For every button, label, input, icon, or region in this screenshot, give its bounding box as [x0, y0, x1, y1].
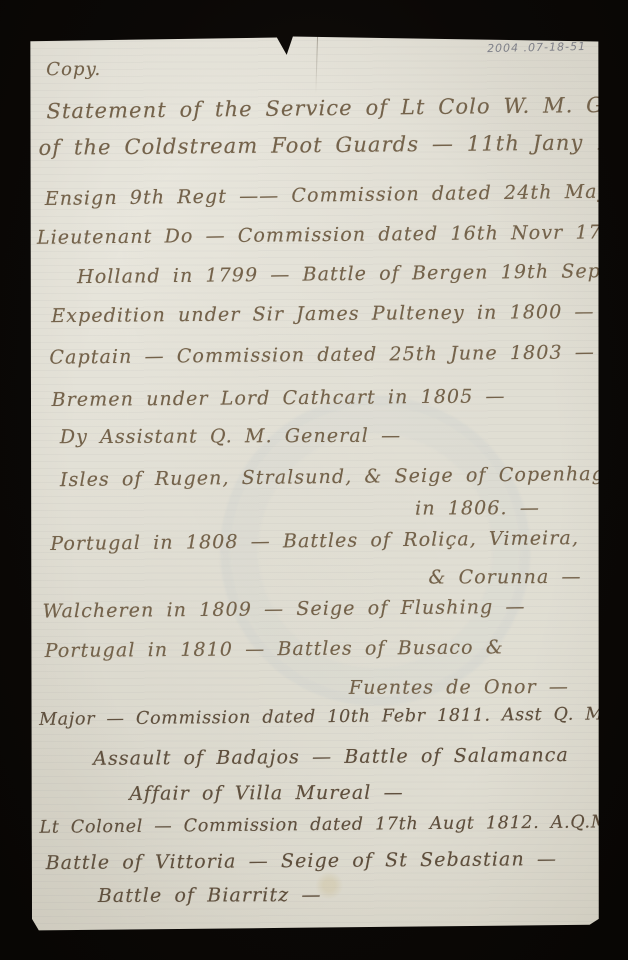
manuscript-line-biarritz: Battle of Biarritz —: [98, 884, 322, 907]
manuscript-line-ensign: Ensign 9th Regt —— Commission dated 24th…: [45, 180, 628, 210]
manuscript-line-portugal-1808: Portugal in 1808 — Battles of Roliça, Vi…: [50, 527, 579, 555]
manuscript-line-bremen: Bremen under Lord Cathcart in 1805 —: [52, 385, 506, 411]
manuscript-line-title-1: Statement of the Service of Lt Colo W. M…: [46, 92, 628, 123]
manuscript-page: 2004 .07-18-51 Copy. Statement of the Se…: [28, 35, 604, 931]
manuscript-line-expedition: Expedition under Sir James Pulteney in 1…: [51, 301, 595, 327]
accession-number: 2004 .07-18-51: [487, 40, 586, 55]
manuscript-line-dy-assistant: Dy Assistant Q. M. General —: [60, 425, 401, 448]
manuscript-line-fuentes: Fuentes de Onor —: [349, 676, 569, 699]
manuscript-line-title-2: of the Coldstream Foot Guards — 11th Jan…: [38, 130, 628, 160]
manuscript-line-portugal-1810: Portugal in 1810 — Battles of Busaco &: [45, 636, 504, 662]
manuscript-line-copy: Copy.: [46, 59, 101, 80]
manuscript-line-vittoria: Battle of Vittoria — Seige of St Sebasti…: [46, 848, 558, 874]
manuscript-line-villa-mureal: Affair of Villa Mureal —: [129, 782, 403, 805]
manuscript-line-in-1806: in 1806. —: [415, 497, 540, 520]
manuscript-line-rugen: Isles of Rugen, Stralsund, & Seige of Co…: [60, 463, 628, 491]
photo-background: 2004 .07-18-51 Copy. Statement of the Se…: [0, 0, 628, 960]
manuscript-line-corunna: & Corunna —: [428, 566, 581, 589]
manuscript-line-walcheren: Walcheren in 1809 — Seige of Flushing —: [42, 596, 525, 623]
manuscript-line-badajos: Assault of Badajos — Battle of Salamanca: [93, 744, 569, 770]
manuscript-line-lieutenant: Lieutenant Do — Commission dated 16th No…: [37, 221, 628, 249]
manuscript-line-captain: Captain — Commission dated 25th June 180…: [49, 341, 595, 368]
paper-crease: [315, 36, 318, 94]
manuscript-line-lt-colonel: Lt Colonel — Commission dated 17th Augt …: [39, 812, 628, 838]
manuscript-line-holland: Holland in 1799 — Battle of Bergen 19th …: [77, 259, 628, 288]
manuscript-line-major: Major — Commission dated 10th Febr 1811.…: [39, 704, 628, 730]
